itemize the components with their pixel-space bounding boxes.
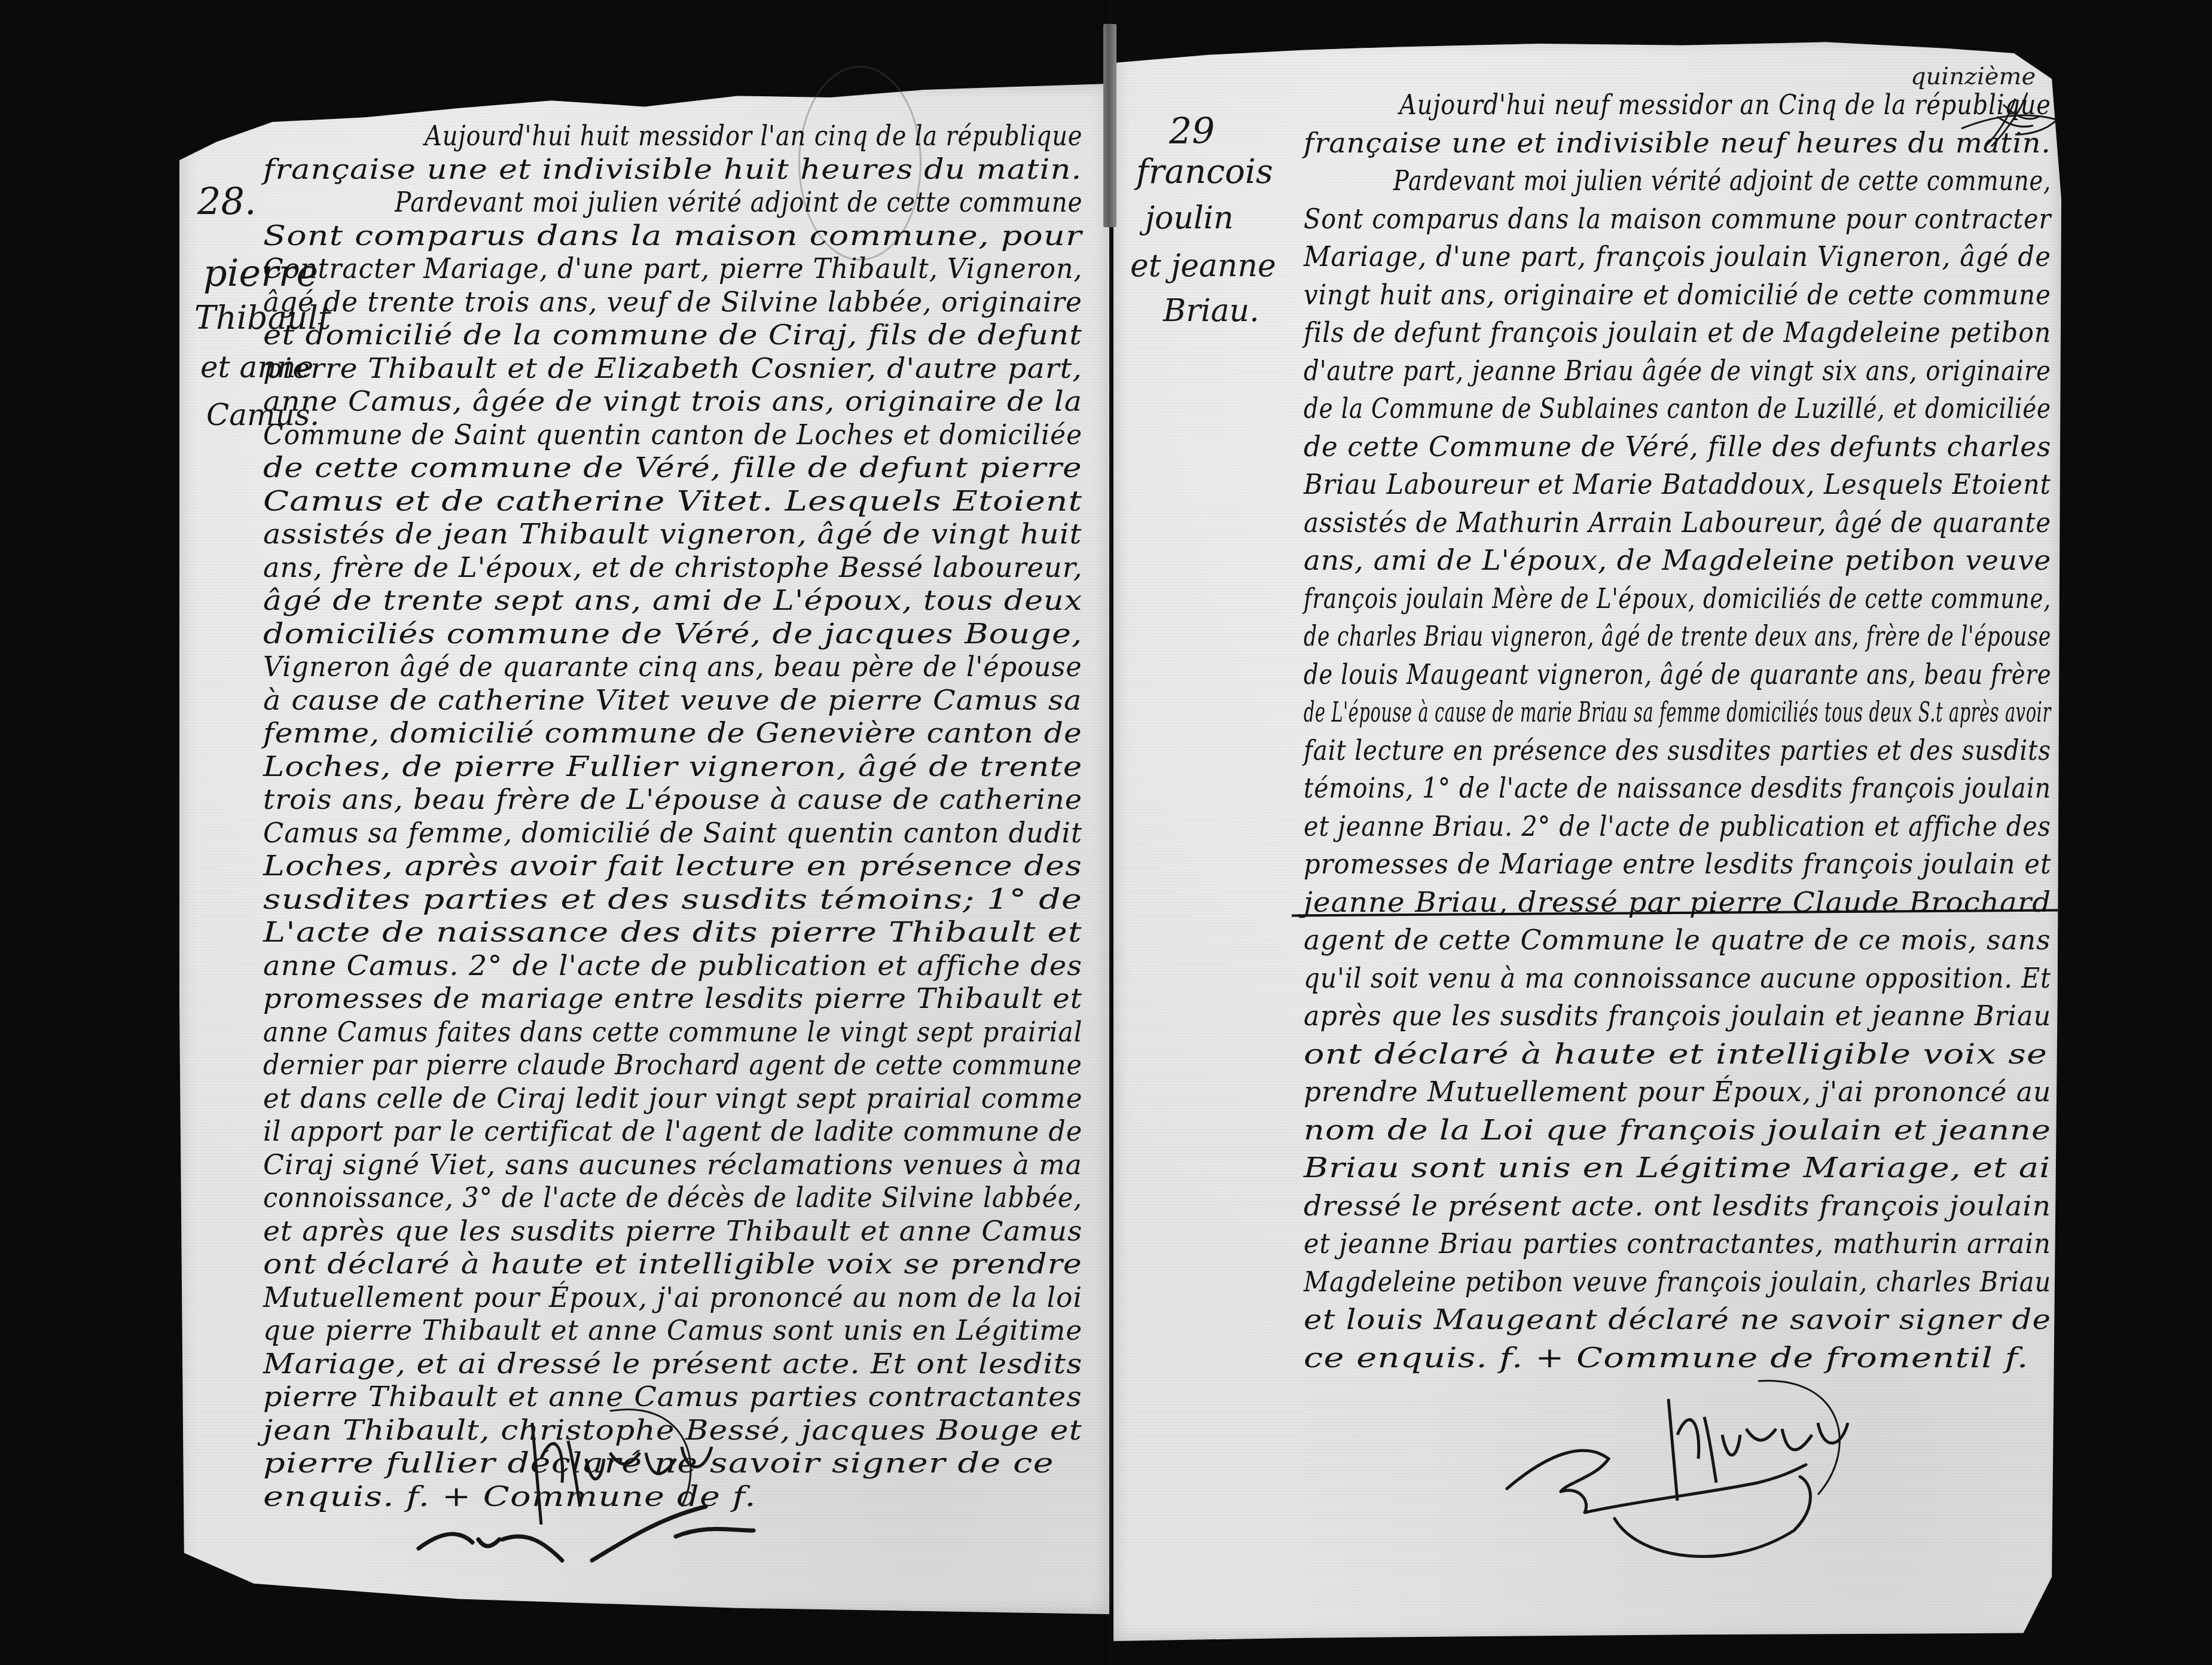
- handwritten-line: pierre Thibault et de Elizabeth Cosnier,…: [263, 352, 1082, 384]
- margin-name-line-4: Briau.: [1163, 293, 1259, 329]
- handwritten-line: vingt huit ans, originaire et domicilié …: [1304, 279, 2051, 311]
- signature-verite-right: [1459, 1357, 1902, 1572]
- handwritten-line: d'autre part, jeanne Briau âgée de vingt…: [1304, 355, 2051, 387]
- handwritten-line: anne Camus. 2° de l'acte de publication …: [263, 949, 1082, 982]
- entry-number-29: 29: [1169, 111, 1215, 152]
- handwritten-line: assistés de jean Thibault vigneron, âgé …: [263, 518, 1082, 550]
- handwritten-line: Camus sa femme, domicilié de Saint quent…: [263, 817, 1082, 849]
- binding-spine: [1103, 24, 1116, 227]
- handwritten-line: Briau Laboureur et Marie Bataddoux, Lesq…: [1304, 468, 2051, 500]
- handwritten-line: ont déclaré à haute et intelligible voix…: [1304, 1038, 2048, 1070]
- handwritten-line: qu'il soit venu à ma connoissance aucune…: [1304, 962, 2051, 994]
- margin-name-line-3: et jeanne: [1130, 248, 1276, 284]
- handwritten-line: et domicilié de la commune de Ciraj, fil…: [263, 319, 1082, 351]
- handwritten-line: de la Commune de Sublaines canton de Luz…: [1304, 392, 2051, 424]
- handwritten-line: L'acte de naissance des dits pierre Thib…: [263, 916, 1082, 948]
- margin-name-line-1: francois: [1136, 152, 1273, 191]
- handwritten-line: ans, ami de L'époux, de Magdeleine petib…: [1304, 544, 2051, 576]
- handwritten-line: anne Camus faites dans cette commune le …: [263, 1016, 1082, 1048]
- handwritten-line: Camus et de catherine Vitet. Lesquels Et…: [263, 485, 1082, 517]
- book-gutter: [1110, 0, 1111, 1665]
- handwritten-line: de cette commune de Véré, fille de defun…: [263, 451, 1082, 484]
- handwritten-line: Ciraj signé Viet, sans aucunes réclamati…: [263, 1148, 1082, 1181]
- handwritten-line: et jeanne Briau parties contractantes, m…: [1304, 1227, 2051, 1260]
- handwritten-line: fils de defunt françois joulain et de Ma…: [1304, 316, 2051, 349]
- entry-number-28: 28.: [197, 179, 257, 223]
- handwritten-line: de cette Commune de Véré, fille des defu…: [1304, 430, 2051, 463]
- handwritten-line: de charles Briau vigneron, âgé de trente…: [1304, 620, 2051, 652]
- handwritten-line: nom de la Loi que françois joulain et je…: [1304, 1114, 2051, 1146]
- handwritten-line: Aujourd'hui neuf messidor an Cinq de la …: [1399, 88, 2051, 121]
- handwritten-line: ont déclaré à haute et intelligible voix…: [263, 1248, 1082, 1280]
- handwritten-line: ans, frère de L'époux, et de christophe …: [263, 551, 1082, 583]
- handwritten-line: Briau sont unis en Légitime Mariage, et …: [1304, 1151, 2051, 1184]
- handwritten-line: et dans celle de Ciraj ledit jour vingt …: [263, 1082, 1082, 1114]
- handwritten-line: témoins, 1° de l'acte de naissance desdi…: [1304, 772, 2051, 804]
- handwritten-line: jeanne Briau, dressé par pierre Claude B…: [1304, 886, 2051, 918]
- handwritten-line: âgé de trente trois ans, veuf de Silvine…: [263, 286, 1082, 318]
- handwritten-line: dernier par pierre claude Brochard agent…: [263, 1049, 1082, 1081]
- handwritten-line: anne Camus, âgée de vingt trois ans, ori…: [263, 385, 1082, 417]
- handwritten-line: que pierre Thibault et anne Camus sont u…: [263, 1314, 1082, 1346]
- handwritten-line: Pardevant moi julien vérité adjoint de c…: [395, 186, 1082, 218]
- handwritten-line: fait lecture en présence des susdites pa…: [1304, 734, 2051, 766]
- handwritten-line: prendre Mutuellement pour Époux, j'ai pr…: [1304, 1076, 2051, 1108]
- handwritten-line: française une et indivisible neuf heures…: [1304, 127, 2051, 159]
- handwritten-line: âgé de trente sept ans, ami de L'époux, …: [263, 584, 1082, 616]
- handwritten-line: et louis Maugeant déclaré ne savoir sign…: [1304, 1303, 2051, 1336]
- handwritten-line: connoissance, 3° de l'acte de décès de l…: [263, 1181, 1082, 1214]
- handwritten-line: Magdeleine petibon veuve françois joulai…: [1304, 1266, 2051, 1298]
- handwritten-line: il apport par le certificat de l'agent d…: [263, 1115, 1082, 1147]
- handwritten-line: à cause de catherine Vitet veuve de pier…: [263, 684, 1082, 716]
- handwritten-line: Sont comparus dans la maison commune pou…: [1304, 203, 2051, 235]
- handwritten-line: Aujourd'hui huit messidor l'an cinq de l…: [425, 120, 1082, 152]
- handwritten-line: assistés de Mathurin Arrain Laboureur, â…: [1304, 506, 2051, 539]
- handwritten-line: Sont comparus dans la maison commune, po…: [263, 219, 1082, 252]
- handwritten-line: agent de cette Commune le quatre de ce m…: [1304, 924, 2051, 956]
- handwritten-line: femme, domicilié commune de Genevière ca…: [263, 717, 1082, 749]
- handwritten-line: dressé le présent acte. ont lesdits fran…: [1304, 1190, 2051, 1222]
- handwritten-line: Mariage, d'une part, françois joulain Vi…: [1304, 240, 2051, 273]
- handwritten-line: susdites parties et des susdits témoins;…: [263, 883, 1082, 915]
- handwritten-line: et jeanne Briau. 2° de l'acte de publica…: [1304, 810, 2051, 842]
- handwritten-line: française une et indivisible huit heures…: [263, 153, 1082, 185]
- handwritten-line: Mutuellement pour Époux, j'ai prononcé a…: [263, 1281, 1082, 1313]
- handwritten-line: domiciliés commune de Véré, de jacques B…: [263, 618, 1082, 650]
- handwritten-line: Mariage, et ai dressé le présent acte. E…: [263, 1348, 1082, 1380]
- handwritten-line: de L'épouse à cause de marie Briau sa fe…: [1304, 696, 2051, 728]
- handwritten-line: Loches, après avoir fait lecture en prés…: [263, 850, 1082, 882]
- signature-verite-left: [395, 1387, 777, 1566]
- handwritten-line: Contracter Mariage, d'une part, pierre T…: [263, 252, 1082, 285]
- handwritten-line: trois ans, beau frère de L'épouse à caus…: [263, 783, 1082, 815]
- handwritten-line: promesses de Mariage entre lesdits franç…: [1304, 848, 2051, 880]
- handwritten-line: après que les susdits françois joulain e…: [1304, 1000, 2051, 1032]
- handwritten-line: Pardevant moi julien vérité adjoint de c…: [1393, 164, 2051, 197]
- margin-name-line-2: joulin: [1145, 200, 1234, 236]
- handwritten-line: Loches, de pierre Fullier vigneron, âgé …: [263, 750, 1082, 783]
- handwritten-line: Vigneron âgé de quarante cinq ans, beau …: [263, 650, 1082, 683]
- handwritten-line: de louis Maugeant vigneron, âgé de quara…: [1304, 658, 2051, 691]
- handwritten-line: françois joulain Mère de L'époux, domici…: [1304, 582, 2051, 615]
- handwritten-line: promesses de mariage entre lesdits pierr…: [263, 982, 1082, 1015]
- handwritten-line: Commune de Saint quentin canton de Loche…: [263, 418, 1082, 451]
- handwritten-line: et après que les susdits pierre Thibault…: [263, 1215, 1082, 1247]
